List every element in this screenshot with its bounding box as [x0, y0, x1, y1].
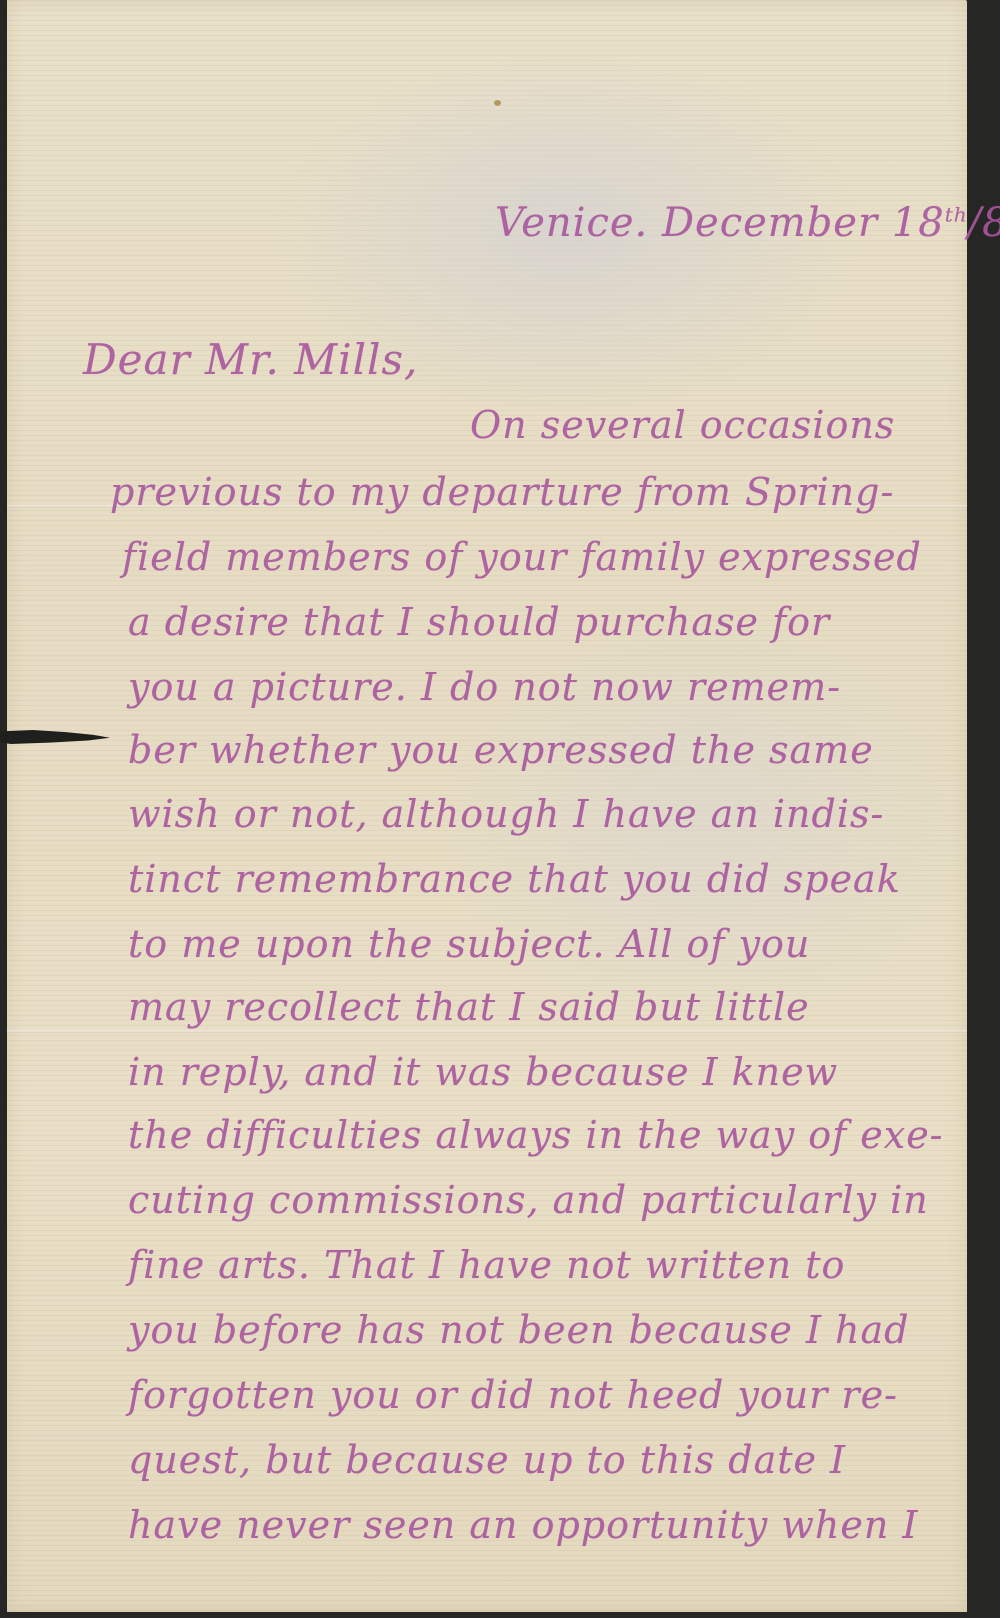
letter-line: forgotten you or did not heed your re-	[128, 1373, 898, 1417]
letter-line: tinct remembrance that you did speak	[128, 857, 901, 901]
letter-line: quest, but because up to this date I	[128, 1438, 846, 1482]
letter-line: to me upon the subject. All of you	[128, 922, 810, 966]
letter-line: a desire that I should purchase for	[128, 600, 830, 644]
letter-paper: Venice. December 18th/84, Dear Mr. Mills…	[7, 0, 967, 1612]
letter-line: wish or not, although I have an indis-	[128, 792, 884, 836]
letter-line: in reply, and it was because I knew	[128, 1050, 838, 1094]
letter-line: have never seen an opportunity when I	[128, 1503, 918, 1547]
letter-line: cuting commissions, and particularly in	[128, 1178, 929, 1222]
paper-stain	[494, 100, 501, 106]
dateline: Venice. December 18th/84,	[495, 200, 1000, 246]
dateline-date: December 18	[662, 200, 945, 246]
fold-crease	[7, 1030, 967, 1033]
letter-line: fine arts. That I have not written to	[128, 1243, 845, 1287]
letter-line: ber whether you expressed the same	[128, 728, 874, 772]
dateline-year: /84,	[968, 200, 1000, 246]
dateline-place: Venice.	[495, 200, 648, 246]
letter-line: may recollect that I said but little	[128, 985, 810, 1029]
letter-line: the difficulties always in the way of ex…	[128, 1113, 944, 1157]
dateline-day-suffix: th	[945, 203, 968, 227]
salutation: Dear Mr. Mills,	[83, 335, 418, 384]
letter-line: you before has not been because I had	[128, 1308, 910, 1352]
letter-line: previous to my departure from Spring-	[110, 470, 894, 514]
letter-line: field members of your family expressed	[122, 535, 922, 579]
letter-line: On several occasions	[470, 403, 895, 447]
scanned-letter-page: Venice. December 18th/84, Dear Mr. Mills…	[0, 0, 1000, 1618]
letter-line: you a picture. I do not now remem-	[128, 665, 841, 709]
